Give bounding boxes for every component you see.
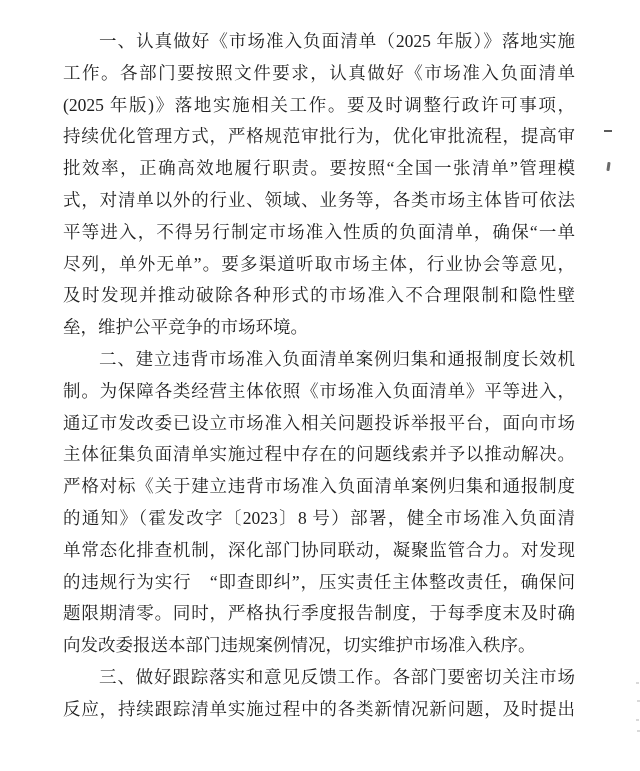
text-line: 平等进入，不得另行制定市场准入性质的负面清单，确保“一单 xyxy=(63,217,575,249)
scan-speck-comma-icon xyxy=(606,162,610,171)
text-line: 的通知》（霍发改字〔2023〕8 号）部署，健全市场准入负面清 xyxy=(63,503,575,535)
text-line: 持续优化管理方式，严格规范审批行为，优化审批流程，提高审 xyxy=(63,121,575,153)
document-body-text: 一、认真做好《市场准入负面清单（2025 年版）》落地实施 工作。各部门要按照文… xyxy=(63,26,575,726)
text-line-paragraph3-start: 三、做好跟踪落实和意见反馈工作。各部门要密切关注市场 xyxy=(63,662,575,694)
text-line: 单常态化排查机制，深化部门协同联动，凝聚监管合力。对发现 xyxy=(63,535,575,567)
text-line: 工作。各部门要按照文件要求，认真做好《市场准入负面清单 xyxy=(63,58,575,90)
text-line: 通辽市发改委已设立市场准入相关问题投诉举报平台，面向市场 xyxy=(63,408,575,440)
scan-speck-icon xyxy=(636,682,639,684)
text-line: 题限期清零。同时，严格执行季度报告制度，于每季度末及时确 xyxy=(63,598,575,630)
scan-speck-dash-icon xyxy=(604,130,612,132)
text-line: 及时发现并推动破除各种形式的市场准入不合理限制和隐性壁 xyxy=(63,280,575,312)
text-line: 的违规行为实行 “即查即纠”，压实责任主体整改责任，确保问 xyxy=(63,567,575,599)
text-line: 尽列，单外无单”。要多渠道听取市场主体，行业协会等意见， xyxy=(63,249,575,281)
text-line: 批效率，正确高效地履行职责。要按照“全国一张清单”管理模 xyxy=(63,153,575,185)
text-line-paragraph1-start: 一、认真做好《市场准入负面清单（2025 年版）》落地实施 xyxy=(63,26,575,58)
text-line: 反应，持续跟踪清单实施过程中的各类新情况新问题，及时提出 xyxy=(63,694,575,726)
text-line: 严格对标《关于建立违背市场准入负面清单案例归集和通报制度 xyxy=(63,471,575,503)
text-line: 式，对清单以外的行业、领域、业务等，各类市场主体皆可依法 xyxy=(63,185,575,217)
text-line-paragraph2-end: 向发改委报送本部门违规案例情况，切实维护市场准入秩序。 xyxy=(63,630,575,662)
text-line: 制。为保障各类经营主体依照《市场准入负面清单》平等进入， xyxy=(63,376,575,408)
text-line-paragraph2-start: 二、建立违背市场准入负面清单案例归集和通报制度长效机 xyxy=(63,344,575,376)
text-line: (2025 年版)》落地实施相关工作。要及时调整行政许可事项， xyxy=(63,90,575,122)
text-line: 主体征集负面清单实施过程中存在的问题线索并予以推动解决。 xyxy=(63,439,575,471)
scan-speck-icon xyxy=(636,719,639,721)
text-line-paragraph1-end: 垒，维护公平竞争的市场环境。 xyxy=(63,312,575,344)
document-page: 一、认真做好《市场准入负面清单（2025 年版）》落地实施 工作。各部门要按照文… xyxy=(0,0,640,771)
